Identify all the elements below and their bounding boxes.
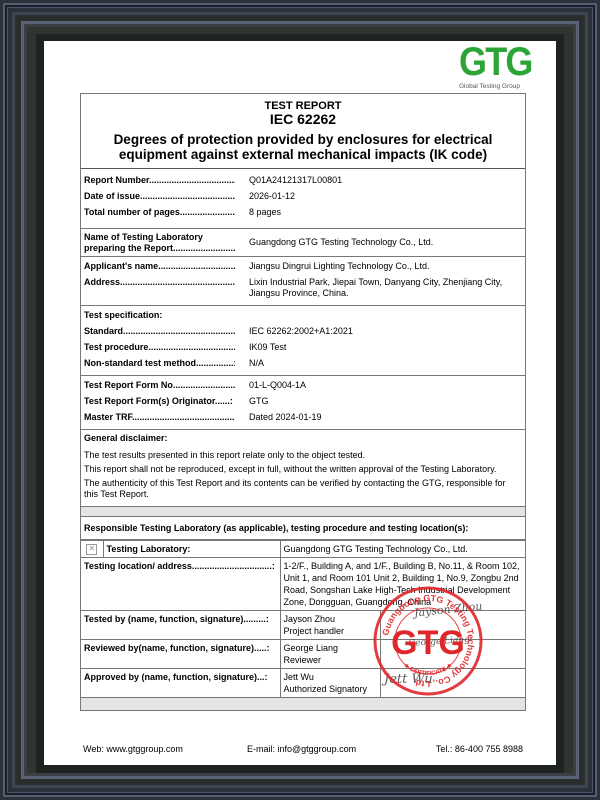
trf-section: Test Report Form No.....................… [81,376,525,430]
test-report-document: TEST REPORT IEC 62262 Degrees of protect… [80,93,526,711]
lab-section: Name of Testing Laboratory preparing the… [81,229,525,257]
date-of-issue-value: 2026-01-12 [235,191,522,202]
reviewed-by-label: Reviewed by(name, function, signature)..… [81,640,280,669]
field-label: Non-standard test method...............: [84,358,235,369]
lab-value: Guangdong GTG Testing Technology Co., Lt… [235,232,522,254]
signature-approved-by: Jett Wu [384,672,433,687]
tested-by-info: Jayson Zhou Project handler [280,611,380,640]
report-info-section: Report Number...........................… [81,169,525,229]
approved-by-info: Jett Wu Authorized Signatory [280,669,380,698]
approved-by-function: Authorized Signatory [284,683,377,695]
table-bottom-band [81,698,525,711]
section-divider-band [81,507,525,517]
field-label: Test procedure..........................… [84,342,235,353]
reviewed-by-name: George Liang [284,642,377,654]
applicant-name-row: Applicant's name........................… [84,261,522,272]
testing-location-value: 1-2/F., Building A, and 1/F., Building B… [280,558,525,611]
standard-row: Standard................................… [84,326,522,337]
report-title: Degrees of protection provided by enclos… [85,132,521,162]
disclaimer-line: The test results presented in this repor… [84,450,522,461]
testing-location-label: Testing location/ address...............… [81,558,280,611]
footer-email: E-mail: info@gtggroup.com [247,744,356,754]
standard-title: IEC 62262 [85,112,521,127]
disclaimer-line: This report shall not be reproduced, exc… [84,464,522,475]
field-label: Name of Testing Laboratory preparing the… [84,232,235,254]
testing-lab-row: ✕ Testing Laboratory: Guangdong GTG Test… [81,541,525,558]
address-value: Lixin Industrial Park, Jiepai Town, Dany… [235,277,522,299]
testing-lab-value: Guangdong GTG Testing Technology Co., Lt… [280,541,525,558]
disclaimer-section: General disclaimer: The test results pre… [81,430,525,507]
responsible-heading-section: Responsible Testing Laboratory (as appli… [81,517,525,540]
test-procedure-row: Test procedure..........................… [84,342,522,353]
total-pages-value: 8 pages [235,207,522,218]
trf-number-row: Test Report Form No.....................… [84,380,522,391]
field-label: Master TRF..............................… [84,412,235,423]
lab-row: Name of Testing Laboratory preparing the… [84,232,522,254]
disclaimer-heading: General disclaimer: [84,433,522,444]
testing-lab-checkbox-cell: ✕ [81,541,103,558]
test-spec-section: Test specification: Standard............… [81,306,525,376]
applicant-section: Applicant's name........................… [81,257,525,306]
test-spec-heading: Test specification: [84,310,522,321]
field-label: Test Report Form(s) Originator......: [84,396,235,407]
logo-mark: GTG [459,42,522,82]
total-pages-row: Total number of pages...................… [84,207,522,218]
tested-by-name: Jayson Zhou [284,613,377,625]
date-of-issue-row: Date of issue...........................… [84,191,522,202]
tested-by-function: Project handler [284,625,377,637]
report-number-row: Report Number...........................… [84,175,522,186]
checkbox-checked-icon[interactable]: ✕ [86,544,97,555]
field-label: Applicant's name........................… [84,261,235,272]
footer-web: Web: www.gtggroup.com [83,744,183,754]
approved-by-label: Approved by (name, function, signature).… [81,669,280,698]
reviewed-by-function: Reviewer [284,654,377,666]
approved-by-name: Jett Wu [284,671,377,683]
reviewed-by-info: George Liang Reviewer [280,640,380,669]
responsible-lab-table: ✕ Testing Laboratory: Guangdong GTG Test… [81,540,525,698]
field-label: Report Number...........................… [84,175,235,186]
field-label: Date of issue...........................… [84,191,235,202]
field-label: Test Report Form No.....................… [84,380,235,391]
disclaimer-line: The authenticity of this Test Report and… [84,478,522,500]
report-number-value: Q01A24121317L00801 [235,175,522,186]
responsible-heading: Responsible Testing Laboratory (as appli… [84,523,522,534]
applicant-name-value: Jiangsu Dingrui Lighting Technology Co.,… [235,261,522,272]
non-standard-method-value: N/A [235,358,522,369]
trf-originator-row: Test Report Form(s) Originator......: GT… [84,396,522,407]
standard-value: IEC 62262:2002+A1:2021 [235,326,522,337]
test-procedure-value: IK09 Test [235,342,522,353]
trf-number-value: 01-L-Q004-1A [235,380,522,391]
trf-originator-value: GTG [235,396,522,407]
logo-tagline: Global Testing Group [459,83,529,90]
footer-tel: Tel.: 86-400 755 8988 [436,744,523,754]
address-row: Address.................................… [84,277,522,299]
testing-lab-label: Testing Laboratory: [103,541,280,558]
title-block: TEST REPORT IEC 62262 Degrees of protect… [81,94,525,169]
field-label: Address.................................… [84,277,235,299]
field-label: Total number of pages...................… [84,207,235,218]
field-label: Standard................................… [84,326,235,337]
tested-by-label: Tested by (name, function, signature)...… [81,611,280,640]
gtg-logo: GTG Global Testing Group [459,42,529,90]
approved-by-row: Approved by (name, function, signature).… [81,669,525,698]
master-trf-value: Dated 2024-01-19 [235,412,522,423]
non-standard-method-row: Non-standard test method...............:… [84,358,522,369]
master-trf-row: Master TRF..............................… [84,412,522,423]
